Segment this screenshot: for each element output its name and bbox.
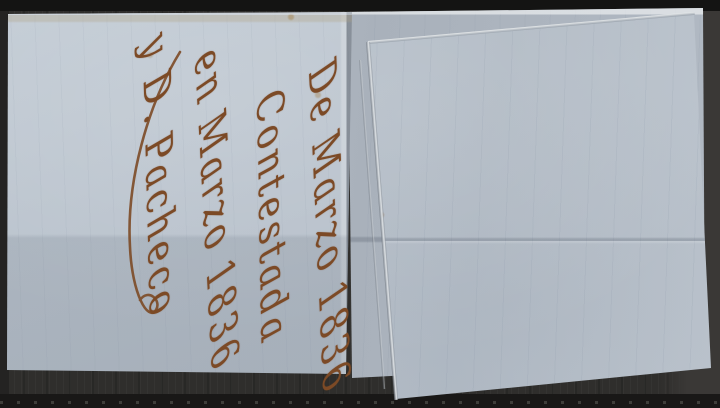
mat-edge-speckles bbox=[0, 401, 720, 404]
docket-line: De Marzo 1836 bbox=[292, 7, 363, 384]
photo-of-folded-letter: De Marzo 1836 Contestada en Marzo 1836 y… bbox=[0, 0, 720, 408]
ink-flourish bbox=[118, 42, 208, 342]
